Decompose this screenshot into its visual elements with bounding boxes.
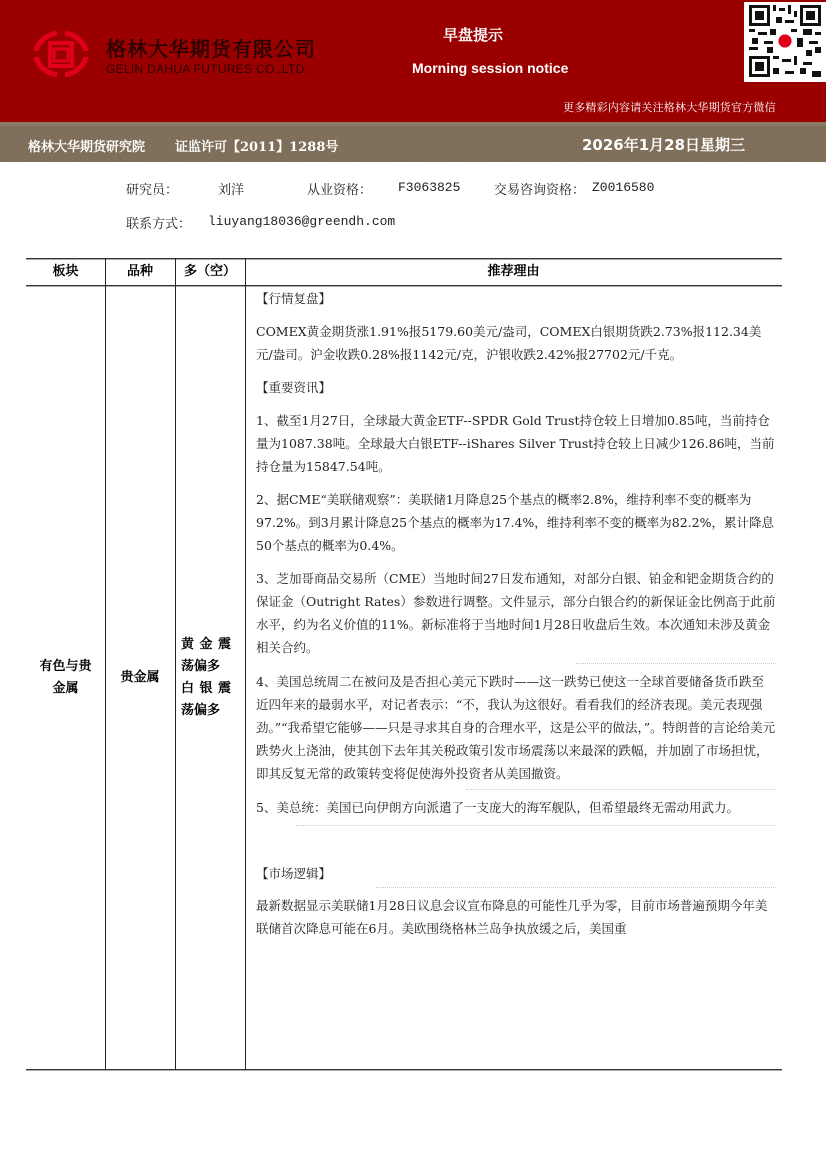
header-sector: 板块 [26,258,105,286]
wechat-follow-note: 更多精彩内容请关注格林大华期货官方微信 [563,99,776,115]
column-divider [175,258,176,1070]
cell-variety: 贵金属 [105,286,175,1069]
section-title-news: 【重要资讯】 [256,376,776,399]
institute-name: 格林大华期货研究院 [28,136,145,155]
company-logo-icon [34,31,88,77]
qualification-label: 从业资格： [307,179,372,198]
recommendation-table: 板块 品种 多（空） 推荐理由 有色与贵 金属 贵金属 黄金震 荡偏多 白银震 … [26,258,782,1070]
cell-reason: 【行情复盘】 COMEX黄金期货涨1.91%报5179.60美元/盎司，COME… [256,286,776,940]
report-title-en: Morning session notice [412,60,568,76]
researcher-name: 刘洋 [218,179,244,198]
header-reason: 推荐理由 [245,258,782,286]
qualification-number: F3063825 [398,180,460,195]
report-date: 2026年1月28日星期三 [582,134,745,155]
cell-direction: 黄金震 荡偏多 白银震 荡偏多 [181,634,231,722]
direction-line: 黄金震 [181,634,231,656]
cell-sector: 有色与贵 金属 [26,286,105,1069]
section-title-logic: 【市场逻辑】 [256,862,776,885]
sector-line: 金属 [39,678,91,700]
contact-email[interactable]: liuyang18036@greendh.com [208,214,395,229]
market-review-text: COMEX黄金期货涨1.91%报5179.60美元/盎司，COMEX白银期货跌2… [256,320,776,366]
direction-line: 白银震 [181,678,231,700]
company-name-cn: 格林大华期货有限公司 [106,33,316,62]
researcher-label: 研究员： [126,179,178,198]
company-name-en: GELIN DAHUA FUTURES CO.,LTD. [106,62,308,76]
logic-text: 最新数据显示美联储1月28日议息会议宣布降息的可能性几乎为零，目前市场普遍预期今… [256,894,776,940]
variety-name: 贵金属 [120,667,159,689]
column-divider [245,258,246,1070]
news-item: 5、美总统：美国已向伊朗方向派遣了一支庞大的海军舰队，但希望最终无需动用武力。 [256,796,776,819]
institute-strip: 格林大华期货研究院 证监许可【2011】1288号 2026年1月28日星期三 [0,126,826,162]
header-banner: 格林大华期货有限公司 GELIN DAHUA FUTURES CO.,LTD. … [0,0,826,122]
direction-line: 荡偏多 [181,656,231,678]
contact-label: 联系方式： [126,213,191,232]
news-item: 3、芝加哥商品交易所（CME）当地时间27日发布通知，对部分白银、铂金和钯金期货… [256,567,776,659]
news-item: 2、据CME“美联储观察”：美联储1月降息25个基点的概率2.8%，维持利率不变… [256,488,776,557]
header-direction: 多（空） [175,258,245,286]
news-item: 4、美国总统周二在被问及是否担心美元下跌时——这一跌势已使这一全球首要储备货币跌… [256,670,776,785]
sector-line: 有色与贵 [39,656,91,678]
report-title-cn: 早盘提示 [443,24,503,45]
advisory-number: Z0016580 [592,180,654,195]
direction-line: 荡偏多 [181,700,231,722]
license-number: 证监许可【2011】1288号 [175,136,338,155]
news-item: 1、截至1月27日，全球最大黄金ETF--SPDR Gold Trust持仓较上… [256,409,776,478]
table-bottom-border [26,1069,782,1071]
advisory-label: 交易咨询资格： [494,179,585,198]
wechat-qr-code [744,2,826,82]
section-title-market-review: 【行情复盘】 [256,287,776,310]
header-variety: 品种 [105,258,175,286]
